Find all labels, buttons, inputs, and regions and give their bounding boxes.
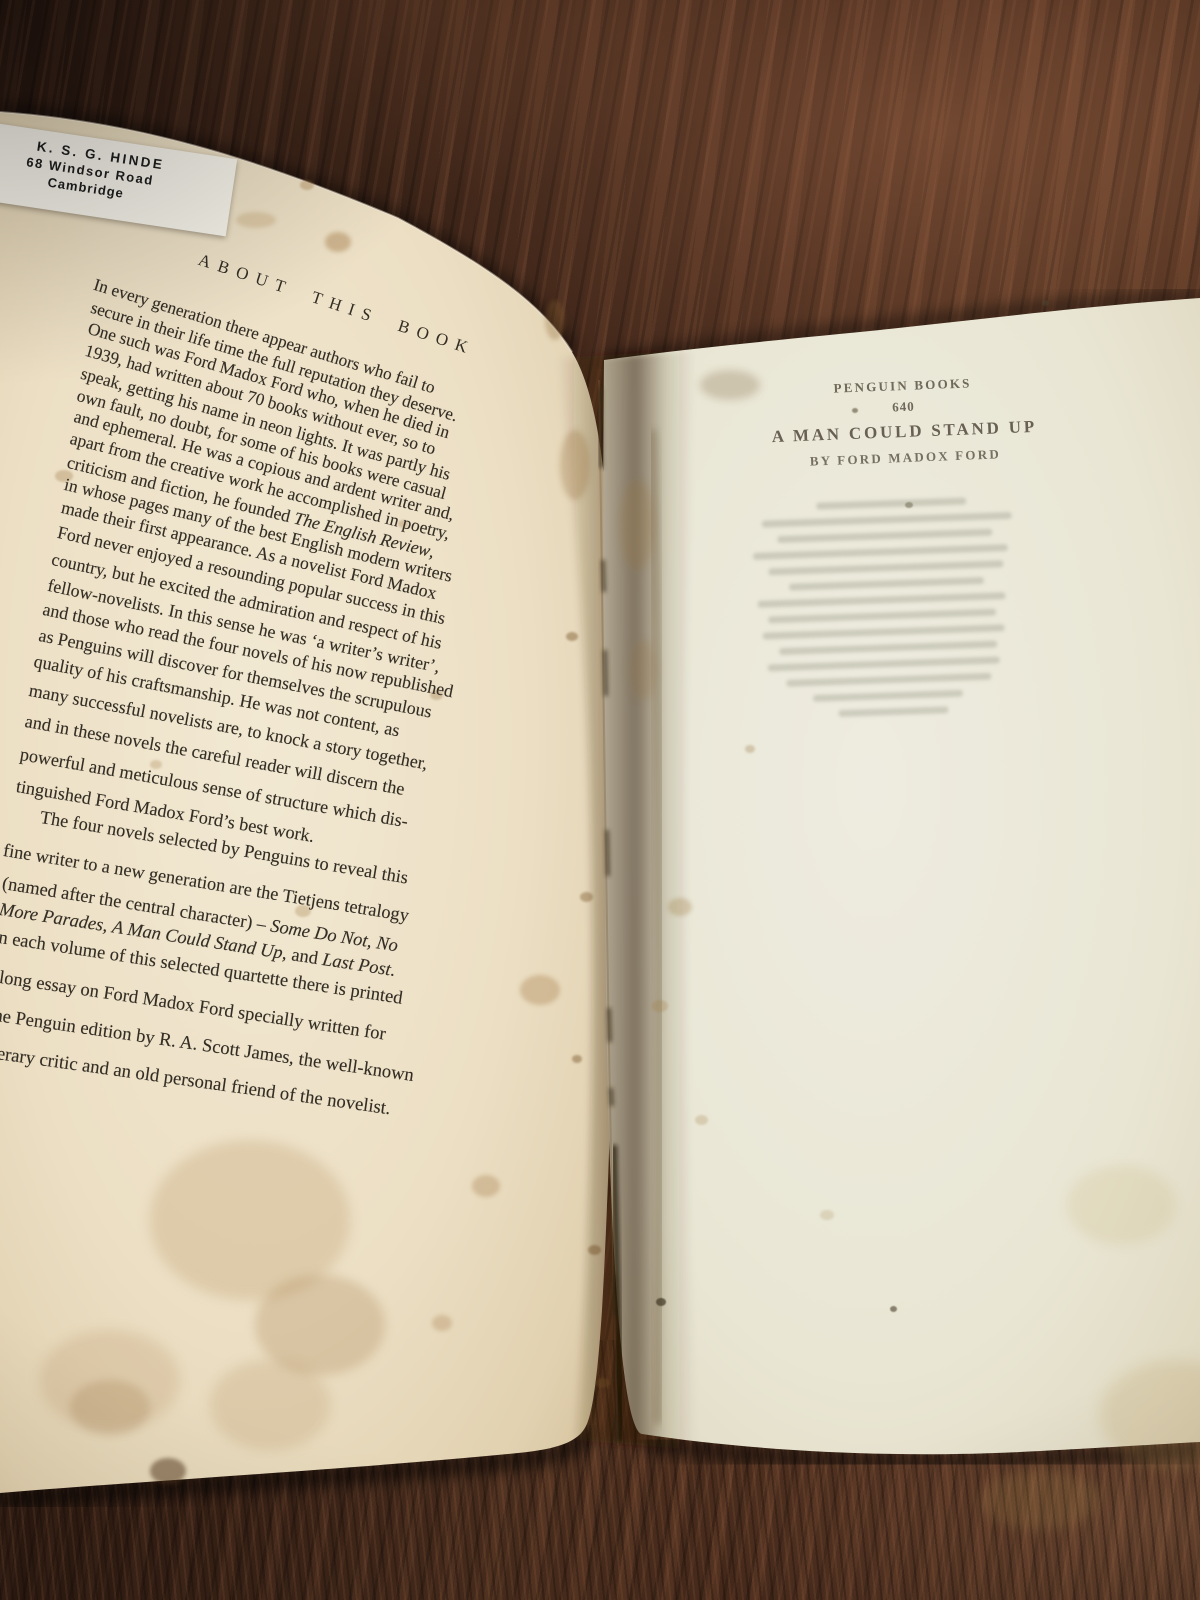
book-title: A MAN COULD STAND UP: [756, 416, 1053, 447]
ghost-line: [779, 640, 997, 655]
ghost-line: [758, 592, 1006, 608]
ghost-line: [813, 690, 963, 702]
ghost-line: [777, 529, 992, 543]
right-page-heading: PENGUIN BOOKS 640 A MAN COULD STAND UP B…: [754, 372, 1053, 471]
book-photo: K. S. G. HINDE 68 Windsor Road Cambridge…: [0, 0, 1200, 1600]
ghost-line: [768, 560, 1003, 575]
ghost-line: [762, 512, 1012, 528]
show-through-text: [746, 495, 1046, 729]
ghost-line: [768, 609, 996, 624]
ghost-line: [786, 673, 991, 687]
ghost-line: [763, 624, 1005, 639]
left-page-text: ABOUT THIS BOOK In every generation ther…: [0, 0, 1200, 1600]
ghost-line: [768, 656, 1000, 671]
ghost-line: [789, 577, 984, 591]
ghost-line: [753, 544, 1008, 560]
ghost-line: [838, 706, 948, 717]
